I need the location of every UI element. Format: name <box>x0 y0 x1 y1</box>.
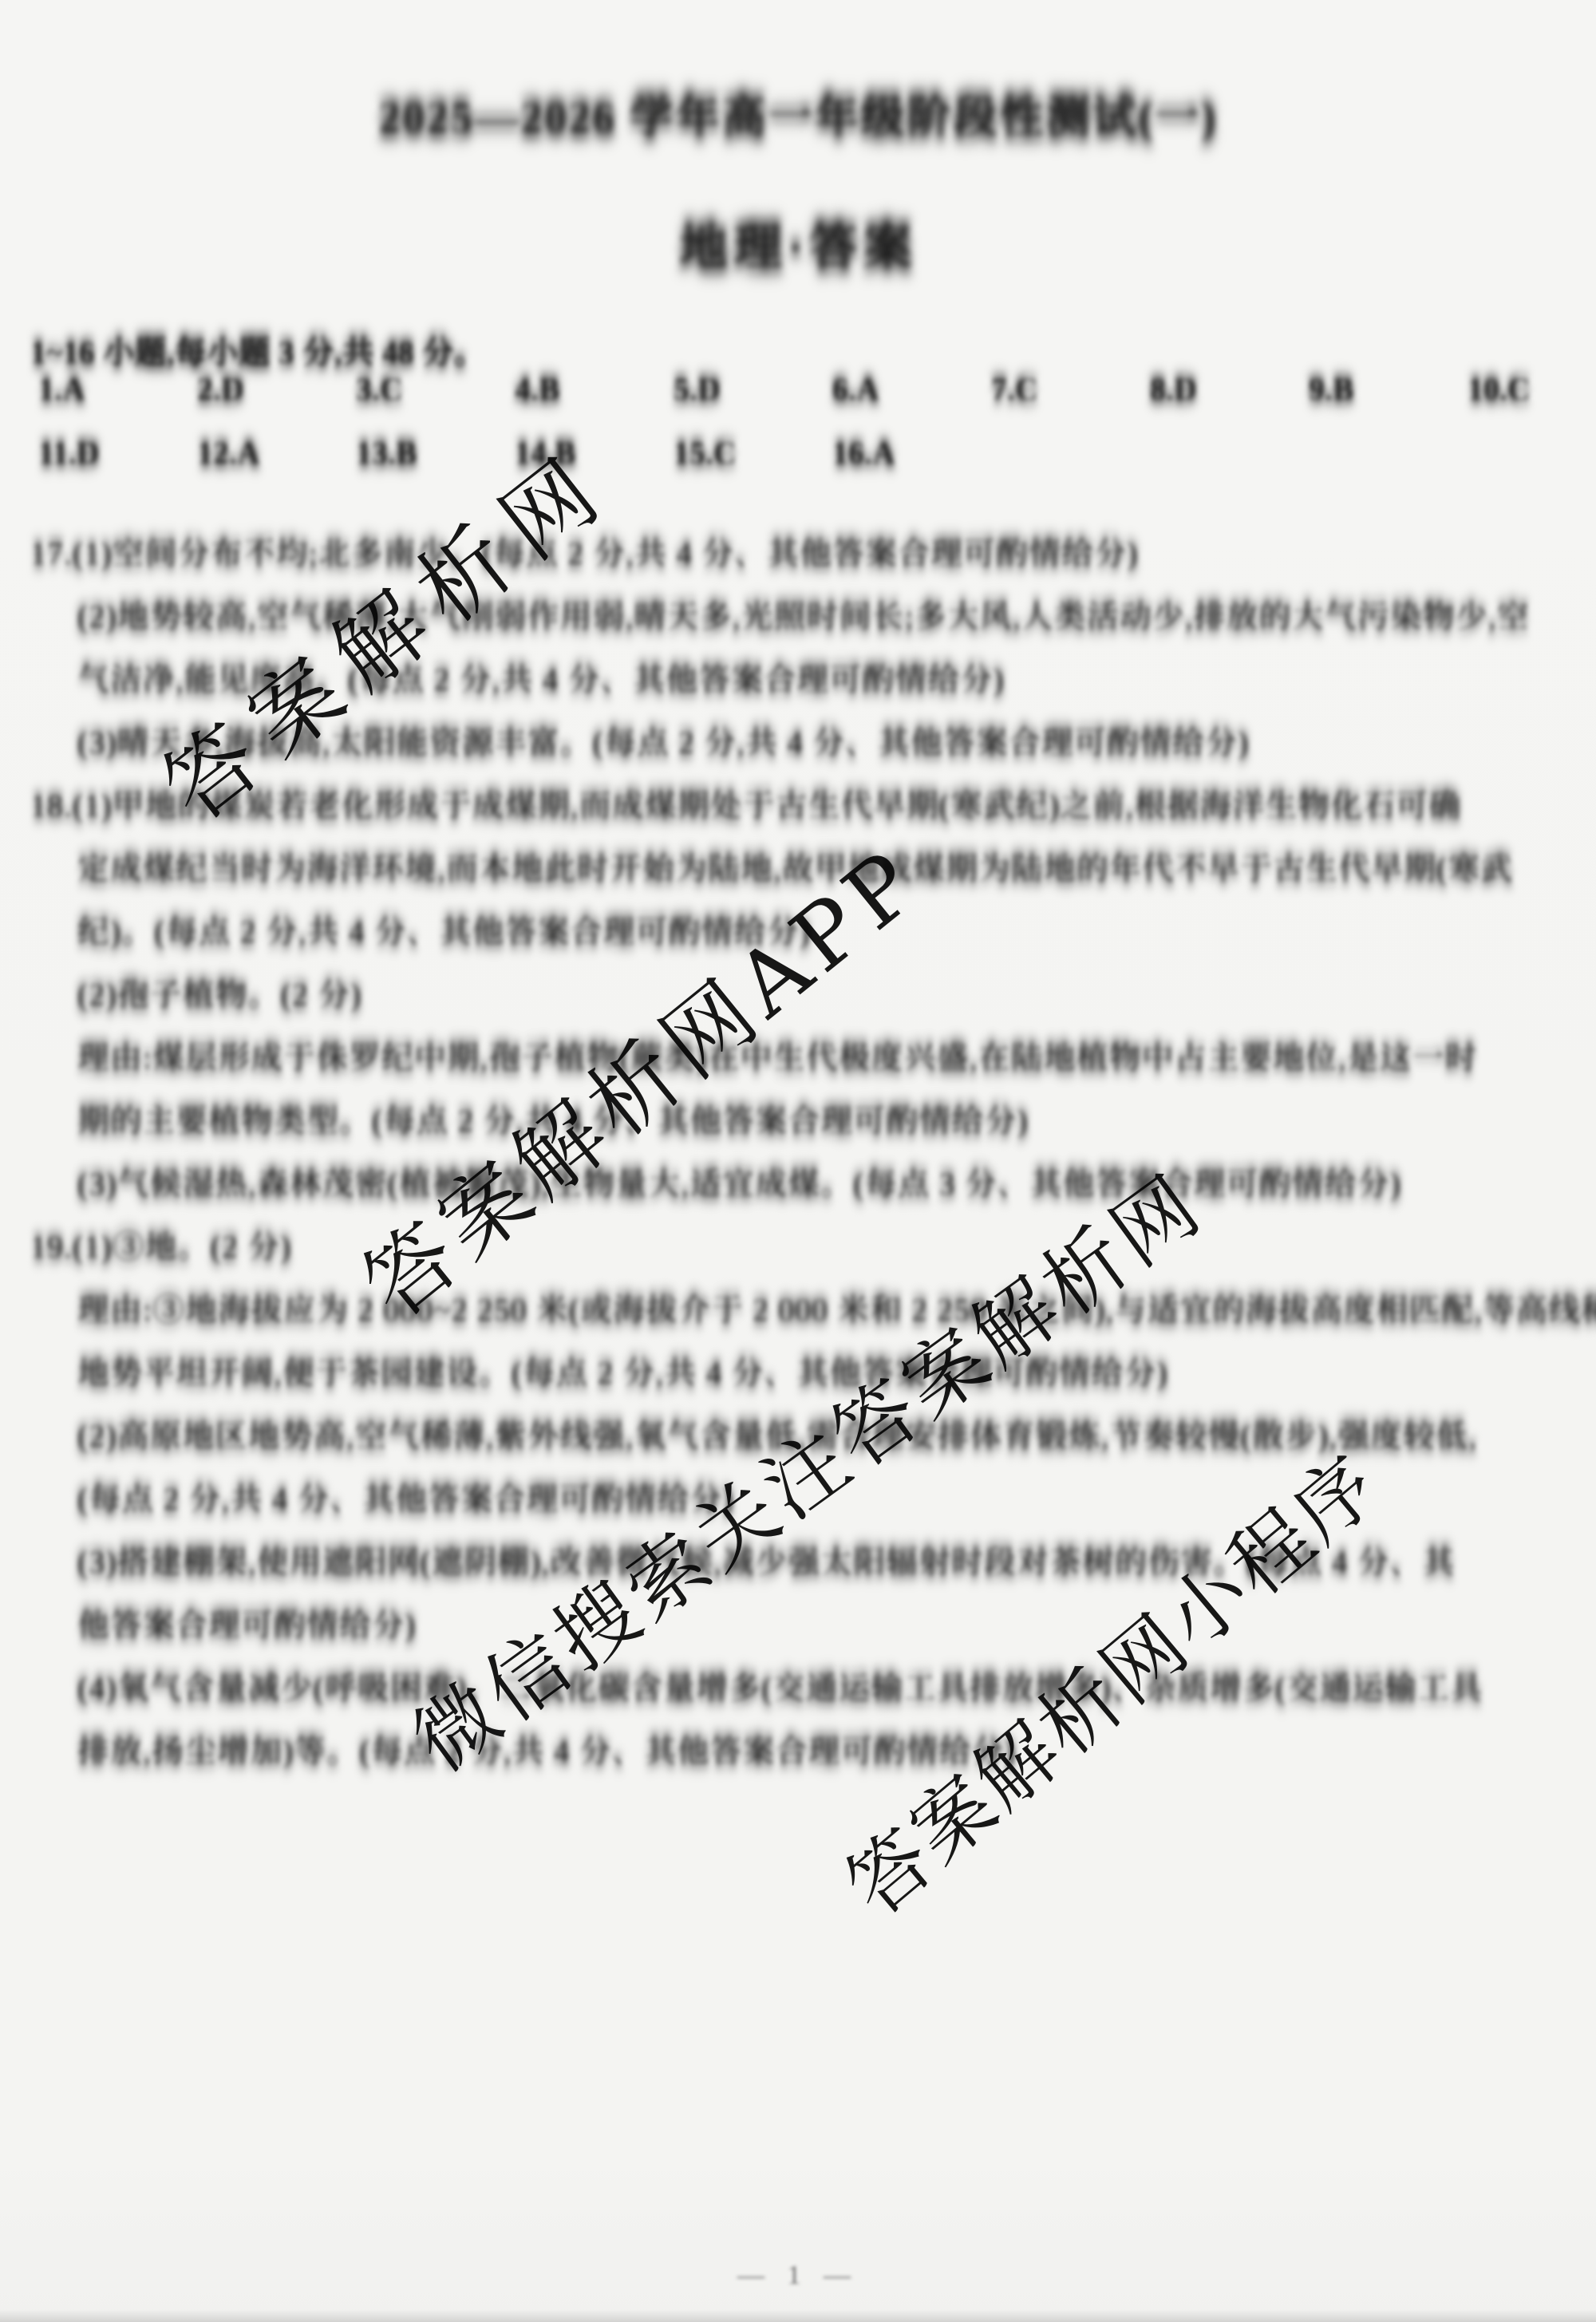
body-line: 纪)。(每点 2 分,共 4 分、其他答案合理可酌情给分) <box>77 906 811 952</box>
answer-cell: 6.A <box>832 370 879 408</box>
body-line: 排放,扬尘增加)等。(每点 2 分,共 4 分、其他答案合理可酌情给分) <box>77 1726 1016 1771</box>
answer-cell: 4.B <box>515 370 560 408</box>
answer-cell: 13.B <box>356 434 417 472</box>
body-line: (3)晴天多,海拔高,太阳能资源丰富。(每点 2 分,共 4 分、其他答案合理可… <box>77 717 1249 763</box>
body-line: 理由:煤层形成于侏罗纪中期,孢子植物(蕨类)在中生代极度兴盛,在陆地植物中占主要… <box>77 1033 1478 1078</box>
page-subtitle: 地理·答案 <box>0 207 1596 278</box>
answer-cell: 11.D <box>38 434 100 472</box>
answer-cell: 12.A <box>197 434 260 472</box>
body-line: 17.(1)空间分布不均;北多南少。(每点 2 分,共 4 分、其他答案合理可酌… <box>30 528 1138 574</box>
body-line: 他答案合理可酌情给分) <box>77 1600 416 1645</box>
body-line: (每点 2 分,共 4 分、其他答案合理可酌情给分) <box>77 1474 734 1519</box>
body-line: 气洁净,能见度高。(每点 2 分,共 4 分、其他答案合理可酌情给分) <box>77 654 1005 700</box>
answer-cell: 10.C <box>1468 370 1531 408</box>
answer-cell: 2.D <box>197 370 244 408</box>
answer-cell: 14.B <box>515 434 576 472</box>
scan-bottom-shadow <box>0 2309 1596 2322</box>
body-line: 期的主要植物类型。(每点 2 分,共 4 分、其他答案合理可酌情给分) <box>77 1096 1029 1141</box>
body-line: (2)高原地区地势高,空气稀薄,紫外线强,氧气含量低,需合理安排体育锻炼,节奏较… <box>77 1411 1477 1456</box>
body-line: (2)孢子植物。(2 分) <box>77 969 361 1015</box>
body-line: (4)氧气含量减少(呼吸困难)、二氧化碳含量增多(交通运输工具排放增多)、杂质增… <box>77 1663 1483 1708</box>
answer-cell: 16.A <box>832 434 895 472</box>
answer-cell: 5.D <box>674 370 721 408</box>
body-line: 定成煤纪当时为海洋环境,而本地此时开始为陆地,故甲地成煤期为陆地的年代不早于古生… <box>77 843 1513 889</box>
body-line: 19.(1)③地。(2 分) <box>30 1222 291 1267</box>
page-title: 2025—2026 学年高一年级阶段性测试(一) <box>0 82 1596 146</box>
answer-cell: 3.C <box>356 370 403 408</box>
answer-cell: 9.B <box>1309 370 1354 408</box>
body-line: (2)地势较高,空气稀薄,大气削弱作用弱,晴天多,光照时间长;多大风,人类活动少… <box>77 591 1530 637</box>
scanned-answer-sheet-page: 2025—2026 学年高一年级阶段性测试(一) 地理·答案 1~16 小题,每… <box>0 0 1596 2322</box>
body-line: (3)搭建棚架,使用遮阳网(遮阴棚),改善微气候,减少强太阳辐射时段对茶树的伤害… <box>77 1537 1456 1582</box>
answer-cell: 1.A <box>38 370 85 408</box>
answer-cell: 15.C <box>674 434 737 472</box>
body-line: (3)气候湿热,森林茂密(植被繁茂),生物量大,适宜成煤。(每点 3 分、其他答… <box>77 1159 1401 1204</box>
answer-cell: 7.C <box>991 370 1038 408</box>
body-line: 理由:③地海拔应为 2 000~2 250 米(或海拔介于 2 000 米和 2… <box>77 1285 1596 1330</box>
body-line: 18.(1)甲地的煤炭若老化形成于成煤期,而成煤期处于古生代早期(寒武纪)之前,… <box>30 780 1461 826</box>
body-line: 地势平坦开阔,便于茶园建设。(每点 2 分,共 4 分、其他答案合理可酌情给分) <box>77 1348 1168 1393</box>
page-number: — 1 — <box>0 2261 1596 2291</box>
answer-cell: 8.D <box>1150 370 1197 408</box>
scoring-note: 1~16 小题,每小题 3 分,共 48 分。 <box>30 327 486 373</box>
